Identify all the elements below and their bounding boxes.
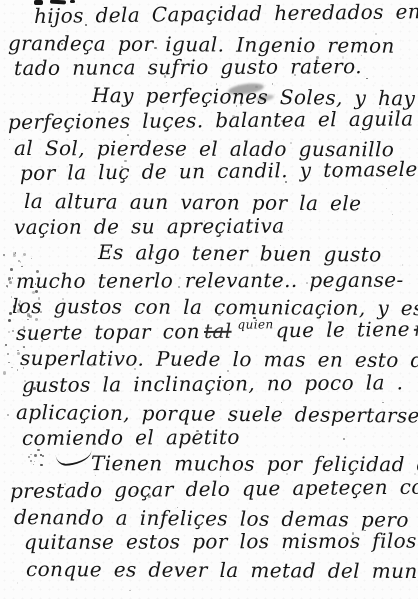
text-segment: mucho tenerlo relevante.. peganse-	[16, 267, 404, 292]
manuscript-line: los gustos con la comunicaçion, y es	[12, 294, 418, 320]
manuscript-line: tado nunca sufrio gusto ratero.	[14, 54, 362, 80]
manuscript-line: gustos la inclinaçion, no poco la .	[22, 370, 404, 397]
text-segment: gustos la inclinaçion, no poco la .	[22, 370, 404, 397]
manuscript-line: Tienen muchos por feliçidad de.	[56, 451, 418, 476]
text-segment: comiendo el apetito	[22, 424, 240, 449]
text-segment: vaçion de su apreçiativa	[14, 213, 285, 238]
text-segment: tado nunca sufrio gusto ratero.	[14, 54, 362, 80]
text-segment: conque es dever la metad del mundo	[26, 557, 418, 583]
strikethrough-segment: ra	[414, 317, 418, 341]
manuscript-line: superlativo. Puede lo mas en esto de	[20, 346, 418, 372]
text-segment: que le tiene	[276, 317, 411, 342]
manuscript-line: hijos dela Capaçidad heredados en la	[34, 0, 418, 28]
manuscript-line: Es algo tener buen gusto	[98, 240, 382, 266]
manuscript-line: prestado goçar delo que apeteçen con	[10, 475, 418, 503]
text-segment: denando a infeliçes los demas pero des	[14, 505, 418, 532]
pen-flourish	[55, 450, 92, 467]
manuscript-line: conque es dever la metad del mundo	[26, 557, 418, 583]
text-segment: la altura aun varon por la ele	[24, 189, 362, 215]
text-segment: Es algo tener buen gusto	[98, 240, 382, 266]
text-segment: suerte topar con	[16, 319, 200, 345]
superscript-correction: quien	[237, 317, 273, 331]
text-segment: por la luç de un candil. y tomasele	[20, 157, 418, 185]
manuscript-line: perfeçiones luçes. balantea el aguila	[8, 107, 414, 135]
manuscript-line: suerte topar contalquienque le tienera	[16, 317, 418, 348]
manuscript-line: vaçion de su apreçiativa	[14, 213, 285, 238]
manuscript-line: la altura aun varon por la ele	[24, 189, 362, 215]
text-segment: perfeçiones luçes. balantea el aguila	[8, 107, 414, 135]
manuscript-line: por la luç de un candil. y tomaselen	[20, 157, 418, 188]
text-segment: superlativo. Puede lo mas en esto de	[20, 346, 418, 372]
manuscript-line: mucho tenerlo relevante.. peganse-	[16, 267, 404, 292]
manuscript-line: quitanse estos por los mismos filos	[24, 529, 417, 554]
text-segment: hijos dela Capaçidad heredados en la	[34, 0, 418, 28]
manuscript-line: comiendo el apetito	[22, 424, 240, 449]
manuscript-text: hijos dela Capaçidad heredados en lagran…	[0, 0, 418, 599]
manuscript-line: aplicaçion, porque suele despertarse-	[16, 400, 418, 428]
text-segment: quitanse estos por los mismos filos	[24, 529, 417, 554]
manuscript-line: denando a infeliçes los demas pero des	[14, 505, 418, 532]
text-segment: los gustos con la comunicaçion, y es	[12, 294, 418, 320]
text-segment: Tienen muchos por feliçidad de.	[91, 451, 418, 476]
text-segment: aplicaçion, porque suele despertarse-	[16, 400, 418, 428]
manuscript-page: hijos dela Capaçidad heredados en lagran…	[0, 0, 418, 599]
strikethrough-segment: tal	[204, 319, 232, 343]
text-segment: prestado goçar delo que apeteçen con	[10, 475, 418, 503]
